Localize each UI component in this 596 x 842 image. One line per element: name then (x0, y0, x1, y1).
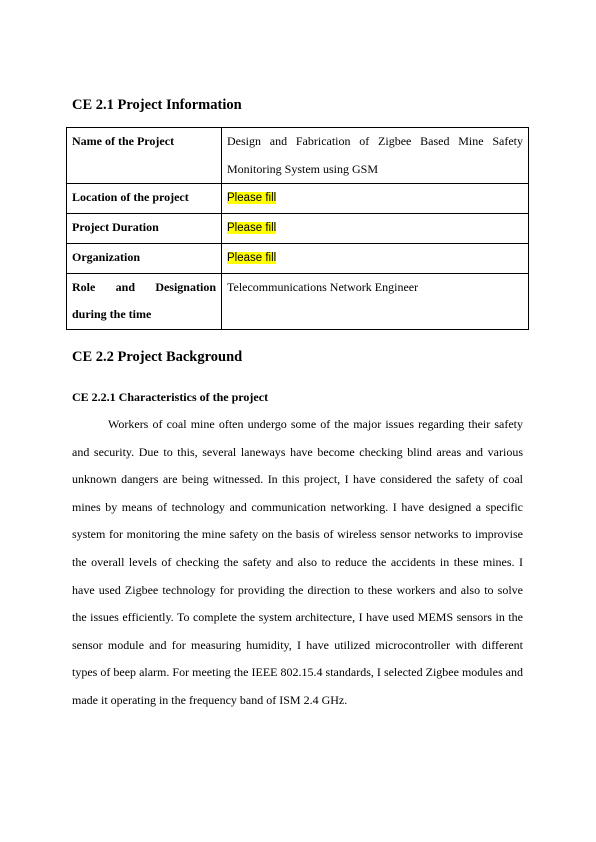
table-label-cell: Organization (67, 243, 222, 273)
label-text: Organization (72, 250, 140, 264)
label-text-line-2: during the time (72, 301, 216, 329)
table-row-project-name: Name of the Project Design and Fabricati… (67, 128, 529, 184)
table-label-cell: Role and Designation during the time (67, 273, 222, 329)
table-row-duration: Project Duration Please fill (67, 214, 529, 244)
highlighted-placeholder: Please fill (227, 222, 276, 234)
table-row-role: Role and Designation during the time Tel… (67, 273, 529, 329)
label-text-line-1: Role and Designation (72, 274, 216, 302)
label-text: Project Duration (72, 220, 159, 234)
value-text-line-1: Design and Fabrication of Zigbee Based M… (227, 128, 523, 156)
table-label-cell: Location of the project (67, 184, 222, 214)
document-page: CE 2.1 Project Information Name of the P… (0, 0, 596, 842)
table-value-cell: Please fill (222, 214, 529, 244)
value-text-line-2: Monitoring System using GSM (227, 156, 523, 184)
subsection-heading-characteristics: CE 2.2.1 Characteristics of the project (72, 389, 268, 405)
table-label-cell: Name of the Project (67, 128, 222, 184)
label-text: Location of the project (72, 190, 189, 204)
table-label-cell: Project Duration (67, 214, 222, 244)
label-text: Name of the Project (72, 134, 174, 148)
table-value-cell: Telecommunications Network Engineer (222, 273, 529, 329)
table-row-location: Location of the project Please fill (67, 184, 529, 214)
table-value-cell: Please fill (222, 184, 529, 214)
section-heading-project-background: CE 2.2 Project Background (72, 348, 242, 366)
table-value-cell: Design and Fabrication of Zigbee Based M… (222, 128, 529, 184)
table-value-cell: Please fill (222, 243, 529, 273)
paragraph-text: Workers of coal mine often undergo some … (72, 417, 523, 707)
project-information-table: Name of the Project Design and Fabricati… (66, 127, 529, 330)
value-text: Telecommunications Network Engineer (227, 280, 418, 294)
highlighted-placeholder: Please fill (227, 252, 276, 264)
body-paragraph: Workers of coal mine often undergo some … (72, 411, 523, 715)
section-heading-project-information: CE 2.1 Project Information (72, 96, 242, 114)
highlighted-placeholder: Please fill (227, 192, 276, 204)
table-row-organization: Organization Please fill (67, 243, 529, 273)
